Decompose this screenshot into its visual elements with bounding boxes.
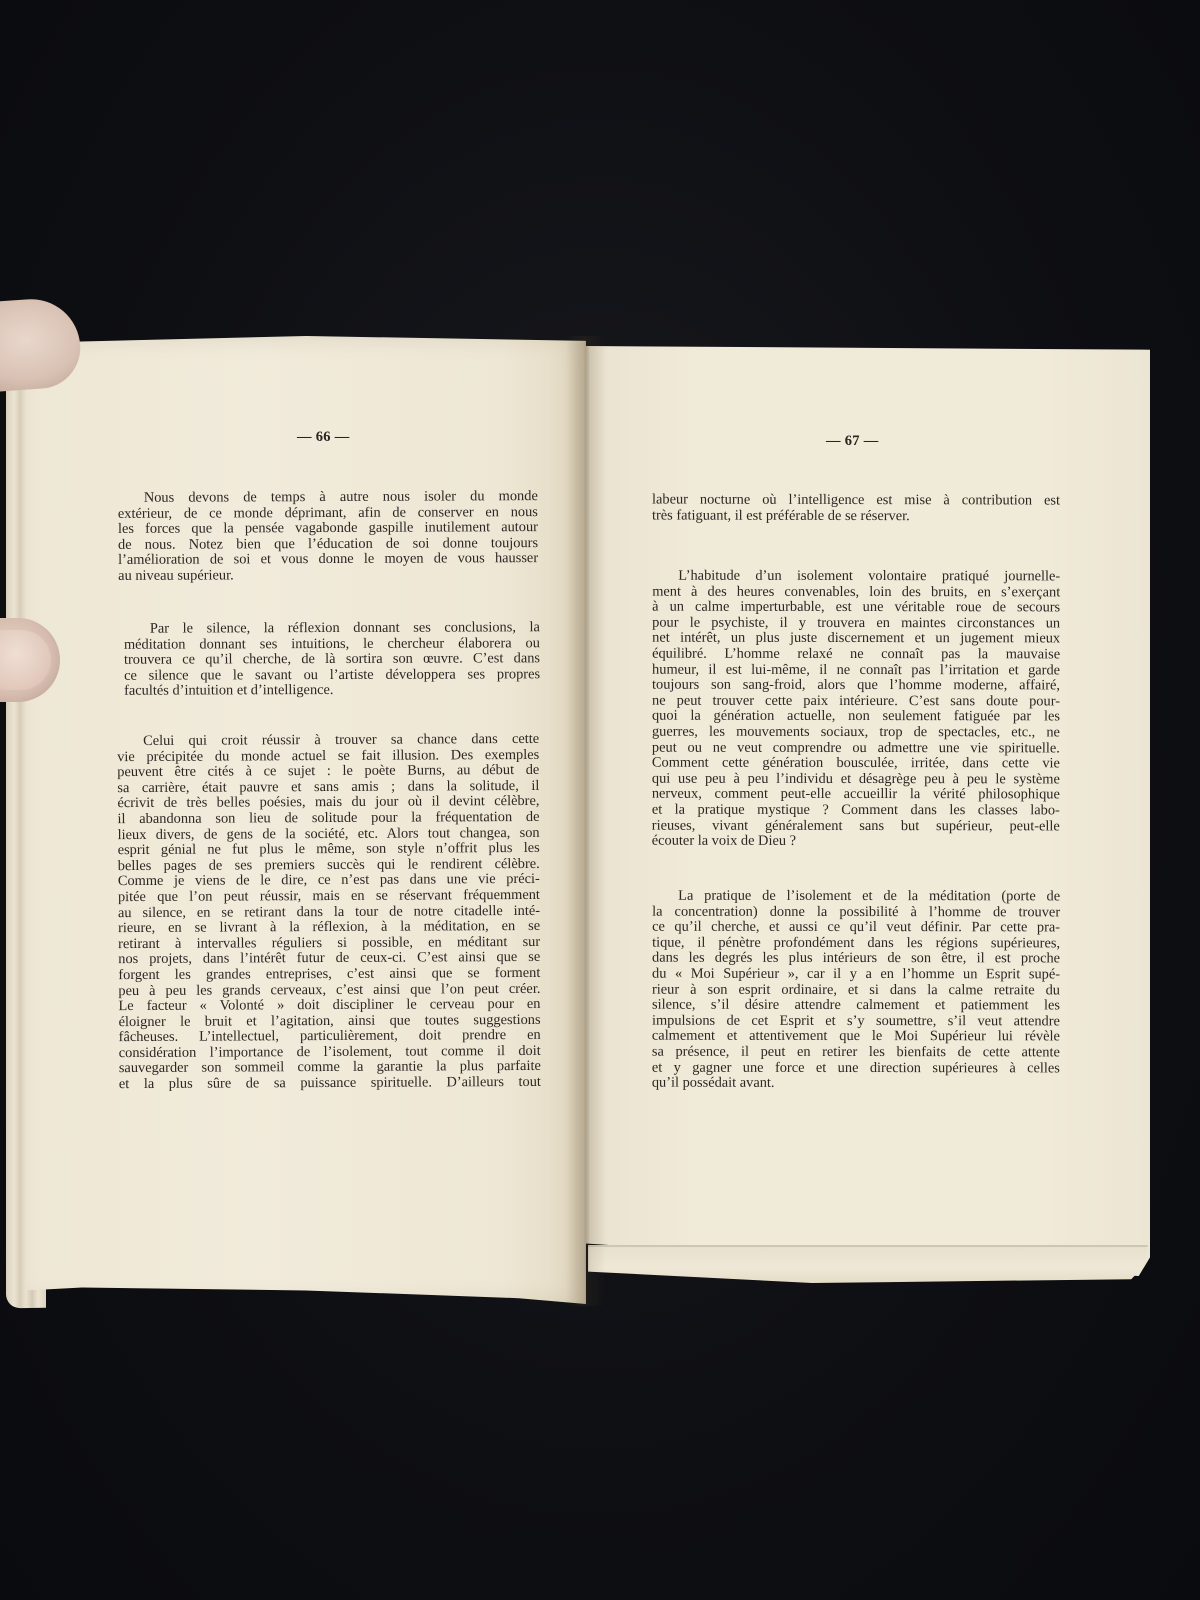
book-photo: — 66 — Nous devons de temps à autre nous… — [0, 0, 1200, 1600]
text-line: au niveau supérieur. — [118, 567, 538, 584]
text-line: à un calme imperturbable, est une vérita… — [652, 600, 1060, 616]
right-paragraph-1: labeur nocturne où l’intelligence est mi… — [652, 492, 1060, 524]
right-page-bottom-edge — [588, 1245, 1148, 1283]
text-line: du « Moi Supérieur », car il y a en l’ho… — [652, 967, 1060, 983]
text-line: qu’il possédait avant. — [652, 1076, 1060, 1092]
right-paragraph-3: La pratique de l’isolement et de la médi… — [652, 889, 1060, 1092]
text-line: et la pratique mystique ? Comment dans l… — [652, 803, 1060, 819]
page-number-right: — 67 — — [826, 433, 879, 450]
left-paragraph-3: Celui qui croit réussir à trouver sa cha… — [117, 732, 541, 1093]
text-line: l’amélioration de soi et vous donne le m… — [118, 551, 538, 568]
text-line: et la plus sûre de sa puissance spiritue… — [119, 1075, 541, 1093]
text-line: L’habitude d’un isolement volontaire pra… — [652, 569, 1060, 585]
text-line: guerres, les mouvements sociaux, trop de… — [652, 725, 1060, 741]
text-line: silence, s’il désire attendre calmement … — [652, 998, 1060, 1014]
book-gutter — [566, 336, 606, 1306]
text-line: ce qu’il cherche, et aussi ce qu’il veut… — [652, 920, 1060, 936]
right-paragraph-2: L’habitude d’un isolement volontaire pra… — [652, 569, 1060, 850]
text-line: sa présence, il peut en retirer les bien… — [652, 1045, 1060, 1061]
text-line: écouter la voix de Dieu ? — [652, 834, 1060, 850]
text-line: équilibré. L’homme relaxé ne connaît pas… — [652, 647, 1060, 663]
text-line: Comment cette génération bousculée, irri… — [652, 756, 1060, 772]
text-line: très fatiguant, il est préférable de se … — [652, 508, 1060, 525]
page-number-left: — 66 — — [297, 429, 350, 446]
text-line: La pratique de l’isolement et de la médi… — [652, 889, 1060, 905]
text-line: labeur nocturne où l’intelligence est mi… — [652, 492, 1060, 509]
left-paragraph-2: Par le silence, la réflexion donnant ses… — [124, 620, 540, 699]
text-line: toujours son sang-froid, alors que l’hom… — [652, 678, 1060, 694]
left-paragraph-1: Nous devons de temps à autre nous isoler… — [118, 489, 538, 584]
text-line: facultés d’intuition et d’intelligence. — [124, 683, 540, 700]
